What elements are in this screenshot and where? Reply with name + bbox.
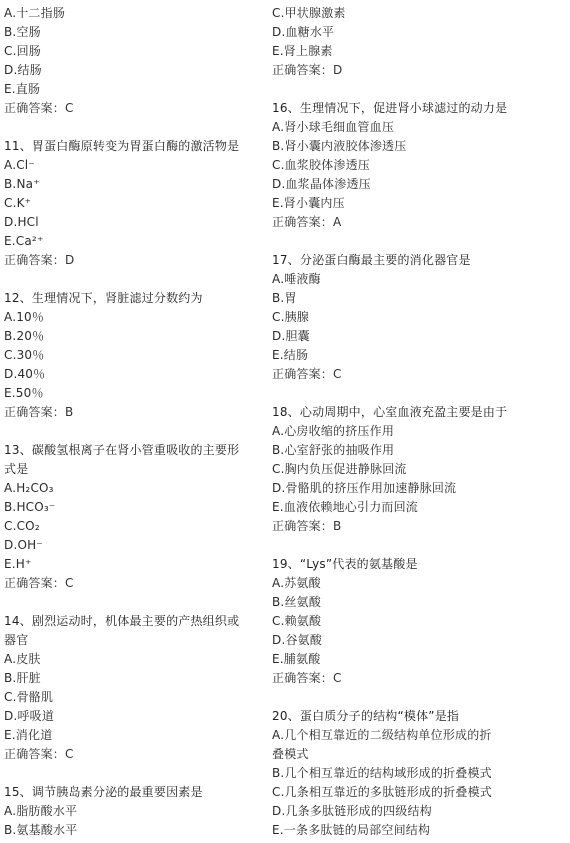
option-e: E.Ca²⁺ — [4, 232, 262, 251]
question-title-line2: 式是 — [4, 460, 262, 479]
correct-answer: 正确答案：C — [272, 365, 564, 384]
option-b: B.HCO₃⁻ — [4, 498, 262, 517]
option-e: E.消化道 — [4, 726, 262, 745]
right-column: C.甲状腺激素 D.血糖水平 E.肾上腺素 正确答案：D 16、生理情况下，促进… — [272, 4, 564, 840]
spacer — [4, 422, 262, 441]
option-c: C.骨骼肌 — [4, 688, 262, 707]
question-20: 20、蛋白质分子的结构“模体”是指 A.几个相互靠近的二级结构单位形成的折 叠模… — [272, 707, 564, 840]
option-c: C.甲状腺激素 — [272, 4, 564, 23]
option-d: D.胆囊 — [272, 327, 564, 346]
question-17: 17、分泌蛋白酶最主要的消化器官是 A.唾液酶 B.胃 C.胰腺 D.胆囊 E.… — [272, 251, 564, 384]
option-a-line1: A.几个相互靠近的二级结构单位形成的折 — [272, 726, 564, 745]
spacer — [272, 80, 564, 99]
option-c: C.胰腺 — [272, 308, 564, 327]
question-12: 12、生理情况下，肾脏滤过分数约为 A.10％ B.20％ C.30％ D.40… — [4, 289, 262, 422]
option-a: A.脂肪酸水平 — [4, 802, 262, 821]
left-column: A.十二指肠 B.空肠 C.回肠 D.结肠 E.直肠 正确答案：C 11、胃蛋白… — [4, 4, 262, 840]
option-b: B.心室舒张的抽吸作用 — [272, 441, 564, 460]
option-c: C.30％ — [4, 346, 262, 365]
option-a: A.皮肤 — [4, 650, 262, 669]
option-c: C.回肠 — [4, 42, 262, 61]
question-title: 18、心动周期中，心室血液充盈主要是由于 — [272, 403, 564, 422]
option-a: A.心房收缩的挤压作用 — [272, 422, 564, 441]
question-14: 14、剧烈运动时，机体最主要的产热组织或 器官 A.皮肤 B.肝脏 C.骨骼肌 … — [4, 612, 262, 764]
option-e: E.一条多肽链的局部空间结构 — [272, 821, 564, 840]
spacer — [272, 536, 564, 555]
option-d: D.谷氨酸 — [272, 631, 564, 650]
option-a: A.Cl⁻ — [4, 156, 262, 175]
option-e: E.50％ — [4, 384, 262, 403]
correct-answer: 正确答案：B — [272, 517, 564, 536]
question-18: 18、心动周期中，心室血液充盈主要是由于 A.心房收缩的挤压作用 B.心室舒张的… — [272, 403, 564, 536]
option-e: E.脯氨酸 — [272, 650, 564, 669]
option-a: A.十二指肠 — [4, 4, 262, 23]
option-d: D.骨骼肌的挤压作用加速静脉回流 — [272, 479, 564, 498]
question-title-line1: 13、碳酸氢根离子在肾小管重吸收的主要形 — [4, 441, 262, 460]
option-e: E.肾上腺素 — [272, 42, 564, 61]
spacer — [4, 593, 262, 612]
option-d: D.几条多肽链形成的四级结构 — [272, 802, 564, 821]
correct-answer: 正确答案：C — [4, 574, 262, 593]
option-b: B.20％ — [4, 327, 262, 346]
spacer — [4, 270, 262, 289]
option-d: D.呼吸道 — [4, 707, 262, 726]
option-d: D.血糖水平 — [272, 23, 564, 42]
option-c: C.胸内负压促进静脉回流 — [272, 460, 564, 479]
correct-answer: 正确答案：D — [272, 61, 564, 80]
option-e: E.H⁺ — [4, 555, 262, 574]
option-d: D.40％ — [4, 365, 262, 384]
question-19: 19、“Lys”代表的氨基酸是 A.苏氨酸 B.丝氨酸 C.赖氨酸 D.谷氨酸 … — [272, 555, 564, 688]
option-c: C.赖氨酸 — [272, 612, 564, 631]
option-b: B.几个相互靠近的结构域形成的折叠模式 — [272, 764, 564, 783]
spacer — [4, 118, 262, 137]
option-c: C.K⁺ — [4, 194, 262, 213]
option-a: A.唾液酶 — [272, 270, 564, 289]
question-title: 12、生理情况下，肾脏滤过分数约为 — [4, 289, 262, 308]
question-10-tail: A.十二指肠 B.空肠 C.回肠 D.结肠 E.直肠 正确答案：C — [4, 4, 262, 118]
option-b: B.丝氨酸 — [272, 593, 564, 612]
question-title: 15、调节胰岛素分泌的最重要因素是 — [4, 783, 262, 802]
option-e: E.肾小囊内压 — [272, 194, 564, 213]
option-a: A.苏氨酸 — [272, 574, 564, 593]
option-a: A.肾小球毛细血管血压 — [272, 118, 564, 137]
option-c: C.几条相互靠近的多肽链形成的折叠模式 — [272, 783, 564, 802]
correct-answer: 正确答案：B — [4, 403, 262, 422]
correct-answer: 正确答案：C — [4, 745, 262, 764]
question-title: 19、“Lys”代表的氨基酸是 — [272, 555, 564, 574]
option-b: B.空肠 — [4, 23, 262, 42]
option-e: E.结肠 — [272, 346, 564, 365]
option-e: E.直肠 — [4, 80, 262, 99]
option-e: E.血液依赖地心引力而回流 — [272, 498, 564, 517]
question-13: 13、碳酸氢根离子在肾小管重吸收的主要形 式是 A.H₂CO₃ B.HCO₃⁻ … — [4, 441, 262, 593]
question-title-line1: 14、剧烈运动时，机体最主要的产热组织或 — [4, 612, 262, 631]
option-a: A.10％ — [4, 308, 262, 327]
option-a: A.H₂CO₃ — [4, 479, 262, 498]
spacer — [272, 384, 564, 403]
option-b: B.胃 — [272, 289, 564, 308]
option-c: C.CO₂ — [4, 517, 262, 536]
correct-answer: 正确答案：D — [4, 251, 262, 270]
option-d: D.结肠 — [4, 61, 262, 80]
option-d: D.血浆晶体渗透压 — [272, 175, 564, 194]
spacer — [272, 232, 564, 251]
question-title-line2: 器官 — [4, 631, 262, 650]
option-d: D.OH⁻ — [4, 536, 262, 555]
option-c: C.血浆胶体渗透压 — [272, 156, 564, 175]
option-a-line2: 叠模式 — [272, 745, 564, 764]
option-d: D.HCl — [4, 213, 262, 232]
question-16: 16、生理情况下，促进肾小球滤过的动力是 A.肾小球毛细血管血压 B.肾小囊内液… — [272, 99, 564, 232]
correct-answer: 正确答案：A — [272, 213, 564, 232]
option-b: B.Na⁺ — [4, 175, 262, 194]
question-title: 16、生理情况下，促进肾小球滤过的动力是 — [272, 99, 564, 118]
option-b: B.氨基酸水平 — [4, 821, 262, 840]
question-title: 17、分泌蛋白酶最主要的消化器官是 — [272, 251, 564, 270]
spacer — [4, 764, 262, 783]
spacer — [272, 688, 564, 707]
correct-answer: 正确答案：C — [4, 99, 262, 118]
question-15-tail: C.甲状腺激素 D.血糖水平 E.肾上腺素 正确答案：D — [272, 4, 564, 80]
correct-answer: 正确答案：C — [272, 669, 564, 688]
question-title: 11、胃蛋白酶原转变为胃蛋白酶的激活物是 — [4, 137, 262, 156]
question-11: 11、胃蛋白酶原转变为胃蛋白酶的激活物是 A.Cl⁻ B.Na⁺ C.K⁺ D.… — [4, 137, 262, 270]
option-b: B.肝脏 — [4, 669, 262, 688]
option-b: B.肾小囊内液胶体渗透压 — [272, 137, 564, 156]
question-15-head: 15、调节胰岛素分泌的最重要因素是 A.脂肪酸水平 B.氨基酸水平 — [4, 783, 262, 840]
question-title: 20、蛋白质分子的结构“模体”是指 — [272, 707, 564, 726]
